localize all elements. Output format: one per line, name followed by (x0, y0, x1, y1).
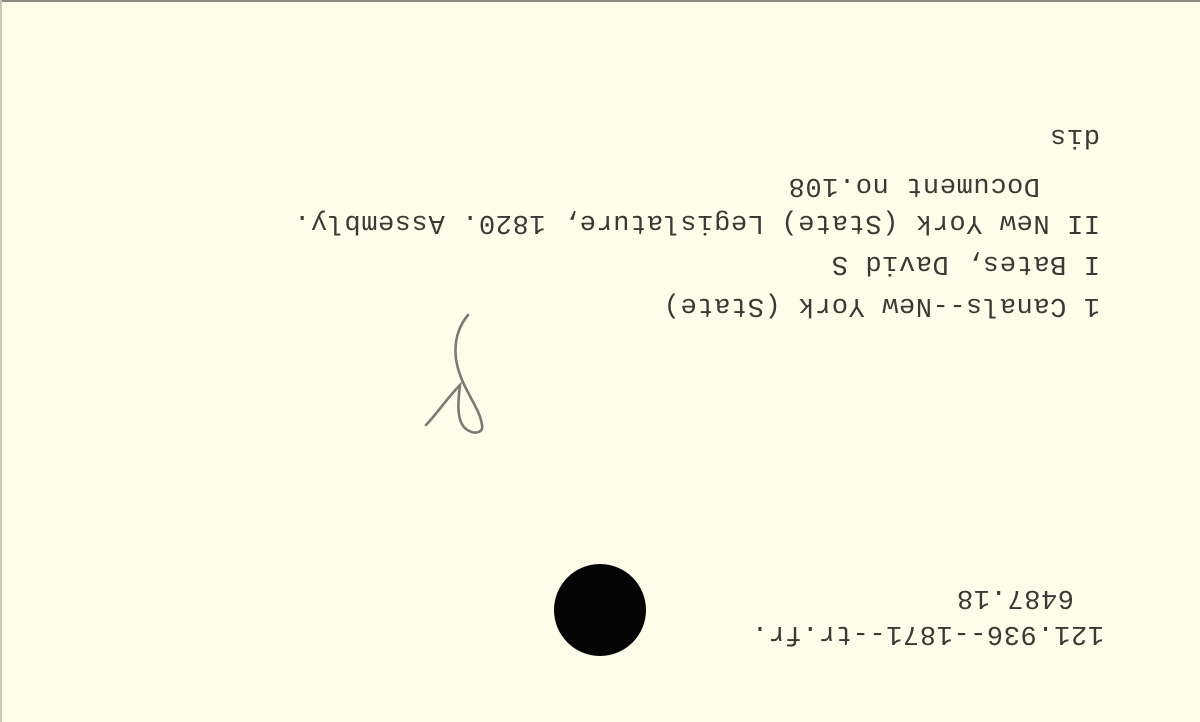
handwritten-mark (418, 302, 488, 437)
tracing-subject: 1 Canals--New York (State) (663, 291, 1100, 318)
card-edge (0, 0, 1200, 2)
call-number-line-1: 121.936--1871--tr.fr. (751, 619, 1104, 646)
call-number-line-2: 6487.18 (956, 583, 1074, 610)
catalog-card: 121.936--1871--tr.fr. 6487.18 1 Canals--… (0, 0, 1200, 722)
tracing-added-entry-2: II New York (State) Legislature, 1820. A… (293, 208, 1100, 235)
tracing-added-entry-2-cont: Document no.108 (788, 171, 1040, 198)
cataloger-initials: dis (1050, 122, 1100, 149)
card-edge (0, 0, 2, 722)
punch-hole-dot-icon (554, 564, 646, 656)
tracing-added-entry-1: I Bates, David S (831, 249, 1100, 276)
